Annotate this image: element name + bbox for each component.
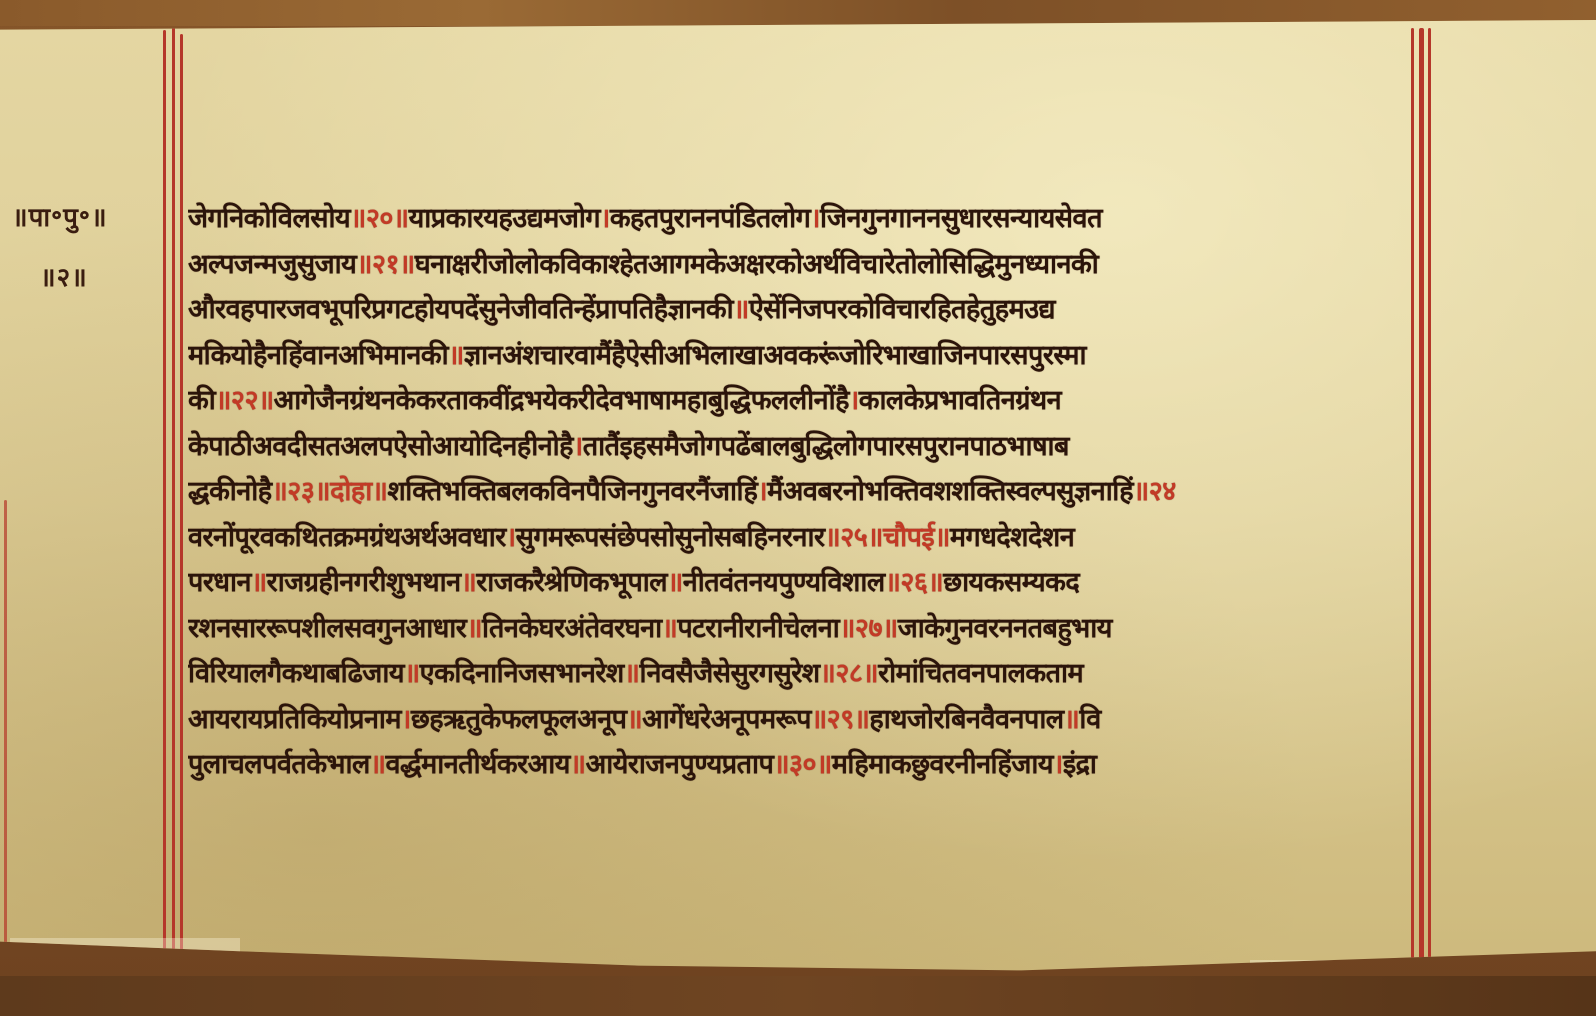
- text-segment: तिनकेघरअंतेवरघना: [482, 613, 662, 644]
- text-segment: केपाठीअवदीसतअलपऐसोआयोदिनहीनोहै: [188, 431, 573, 462]
- text-segment: जिनगुनगाननसुधारसन्यायसेवत: [820, 203, 1102, 234]
- left-edge-rule: [4, 500, 7, 960]
- rubric-segment: चौपई: [883, 522, 934, 553]
- wooden-surface-bottom: [0, 976, 1596, 1016]
- rubric-segment: ॥: [461, 567, 477, 598]
- manuscript-line: रशनसाररूपशीलसवगुनआधार॥तिनकेघरअंतेवरघना॥प…: [188, 606, 1413, 652]
- text-segment: कहतपुराननपंडितलोग: [610, 203, 810, 234]
- text-segment: आयरायप्रतिकियोप्रनाम: [188, 704, 401, 735]
- text-segment: अल्पजन्मजुसुजाय: [188, 249, 356, 280]
- text-segment: रशनसाररूपशीलसवगुनआधार: [188, 613, 466, 644]
- paper-fold-right: [1250, 960, 1596, 974]
- manuscript-line: अल्पजन्मजुसुजाय॥२१॥घनाक्षरीजोलोकविकाश्हे…: [188, 242, 1413, 288]
- manuscript-line: केपाठीअवदीसतअलपऐसोआयोदिनहीनोहै।तातैंइहसम…: [188, 424, 1413, 470]
- text-segment: रोमांचितवनपालकताम: [878, 658, 1083, 689]
- text-segment: निवसैजैसेसुरगसुरेश: [639, 658, 819, 689]
- manuscript-line: औरवहपारजवभूपरिप्रगटहोयपदेंसुनेजीवतिन्हें…: [188, 287, 1413, 333]
- text-segment: आयेराजनपुण्यप्रताप: [586, 749, 774, 780]
- manuscript-line: आयरायप्रतिकियोप्रनाम।छहऋतुकेफलफूलअनूप॥आग…: [188, 697, 1413, 743]
- rubric-segment: ॥: [733, 294, 749, 325]
- right-margin-rule-3: [1428, 28, 1431, 958]
- rubric-segment: ॥२१॥: [356, 249, 414, 280]
- text-segment: मगधदेशदेशन: [950, 522, 1074, 553]
- rubric-segment: ॥२४: [1133, 476, 1176, 507]
- text-segment: सुगमरूपसंछेपसोसुनोसबहिनरनार: [516, 522, 825, 553]
- text-segment: वि: [1079, 704, 1101, 735]
- rubric-segment: ॥: [570, 749, 586, 780]
- text-segment: राजकरैश्रेणिकभूपाल: [476, 567, 667, 598]
- manuscript-line: की॥२२॥आगेजैनग्रंथनकेकरताकवींद्रभयेकरीदेव…: [188, 378, 1413, 424]
- rubric-segment: दोहा: [330, 476, 372, 507]
- text-segment: तातैंइहसमैजोगपढेंबालबुद्धिलोगपारसपुरानपा…: [583, 431, 1069, 462]
- text-segment: औरवहपारजवभूपरिप्रगटहोयपदेंसुनेजीवतिन्हें…: [188, 294, 733, 325]
- rubric-segment: ।: [573, 431, 583, 462]
- rubric-segment: ॥: [662, 613, 678, 644]
- rubric-segment: ॥२५॥: [825, 522, 883, 553]
- right-margin-rule-2: [1419, 28, 1424, 963]
- rubric-segment: ॥२७॥: [839, 613, 897, 644]
- rubric-segment: ॥: [667, 567, 683, 598]
- text-segment: छहऋतुकेफलफूलअनूप: [411, 704, 627, 735]
- text-segment: हाथजोरबिनवैवनपाल: [869, 704, 1063, 735]
- rubric-segment: ।: [757, 476, 767, 507]
- rubric-segment: ॥: [251, 567, 267, 598]
- margin-title-text: ॥पा॰पु॰॥: [12, 203, 108, 233]
- text-segment: द्धकीनोहै: [188, 476, 272, 507]
- folio-number: ॥२॥: [40, 258, 88, 294]
- rubric-segment: ॥२३॥: [272, 476, 330, 507]
- text-segment: ऐसेंनिजपरकोविचारहितहेतुहमउद्य: [749, 294, 1055, 325]
- rubric-segment: ॥: [448, 340, 464, 371]
- text-segment: एकदिनानिजसभानरेश: [420, 658, 624, 689]
- text-segment: मैंअवबरनोभक्तिवशशक्तिस्वल्पसुज्ञनाहिं: [767, 476, 1133, 507]
- text-segment: याप्रकारयहउद्यमजोग: [409, 203, 600, 234]
- text-segment: विरियालगैकथाबढिजाय: [188, 658, 404, 689]
- rubric-segment: ।: [401, 704, 411, 735]
- manuscript-line: जेगनिकोविलसोय॥२०॥याप्रकारयहउद्यमजोग।कहतप…: [188, 196, 1413, 242]
- rubric-segment: ॥: [626, 704, 642, 735]
- left-margin-rule-2: [172, 24, 175, 964]
- rubric-segment: ॥२६॥: [885, 567, 943, 598]
- manuscript-text: जेगनिकोविलसोय॥२०॥याप्रकारयहउद्यमजोग।कहतप…: [188, 196, 1413, 788]
- text-segment: पुलाचलपर्वतकेभाल: [188, 749, 370, 780]
- text-segment: की: [188, 385, 215, 416]
- manuscript-line: द्धकीनोहै॥२३॥दोहा॥शक्तिभक्तिबलकविनपैजिनग…: [188, 469, 1413, 515]
- text-segment: छायकसम्यकद: [943, 567, 1079, 598]
- left-margin-rule-1: [163, 30, 166, 960]
- manuscript-line: विरियालगैकथाबढिजाय॥एकदिनानिजसभानरेश॥निवस…: [188, 651, 1413, 697]
- text-segment: वरनोंपूरवकथितक्रमग्रंथअर्थअवधार: [188, 522, 506, 553]
- text-segment: वर्द्धमानतीर्थकरआय: [386, 749, 570, 780]
- rubric-segment: ।: [810, 203, 820, 234]
- margin-title: ॥पा॰पु॰॥: [12, 198, 108, 234]
- rubric-segment: ।: [1053, 749, 1063, 780]
- rubric-segment: ॥२०॥: [350, 203, 408, 234]
- rubric-segment: ॥३०॥: [773, 749, 831, 780]
- left-margin-rule-3: [180, 34, 183, 964]
- rubric-segment: ॥: [1064, 704, 1080, 735]
- rubric-segment: ॥२९॥: [811, 704, 869, 735]
- rubric-segment: ॥: [934, 522, 950, 553]
- text-segment: आगेंधरेअनूपमरूप: [642, 704, 811, 735]
- text-segment: ज्ञानअंशचारवामैंहैऐसीअभिलाखाअवकरूंजोरिभा…: [464, 340, 1086, 371]
- rubric-segment: ॥: [404, 658, 420, 689]
- text-segment: कालकेप्रभावतिनग्रंथन: [859, 385, 1061, 416]
- text-segment: परधान: [188, 567, 251, 598]
- text-segment: इंद्रा: [1063, 749, 1097, 780]
- text-segment: मकियोहैनहिंवानअभिमानकी: [188, 340, 448, 371]
- rubric-segment: ॥: [466, 613, 482, 644]
- rubric-segment: ।: [849, 385, 859, 416]
- folio-number-text: ॥२॥: [40, 263, 88, 293]
- text-segment: जेगनिकोविलसोय: [188, 203, 350, 234]
- manuscript-line: परधान॥राजग्रहीनगरीशुभथान॥राजकरैश्रेणिकभू…: [188, 560, 1413, 606]
- manuscript-line: पुलाचलपर्वतकेभाल॥वर्द्धमानतीर्थकरआय॥आयेर…: [188, 742, 1413, 788]
- rubric-segment: ॥: [372, 476, 388, 507]
- text-segment: शक्तिभक्तिबलकविनपैजिनगुनवरनैंजाहिं: [387, 476, 757, 507]
- text-segment: घनाक्षरीजोलोकविकाश्हेतआगमकेअक्षरकोअर्थवि…: [415, 249, 1098, 280]
- paper-fold-left: [10, 938, 240, 958]
- text-segment: महिमाकछुवरनीनहिंजाय: [832, 749, 1053, 780]
- rubric-segment: ॥: [624, 658, 640, 689]
- manuscript-line: वरनोंपूरवकथितक्रमग्रंथअर्थअवधार।सुगमरूपस…: [188, 515, 1413, 561]
- rubric-segment: ।: [506, 522, 516, 553]
- text-segment: राजग्रहीनगरीशुभथान: [267, 567, 461, 598]
- text-segment: नीतवंतनयपुण्यविशाल: [683, 567, 885, 598]
- manuscript-line: मकियोहैनहिंवानअभिमानकी॥ज्ञानअंशचारवामैंह…: [188, 333, 1413, 379]
- rubric-segment: ।: [600, 203, 610, 234]
- rubric-segment: ॥२२॥: [215, 385, 273, 416]
- rubric-segment: ॥२८॥: [820, 658, 878, 689]
- text-segment: पटरानीरानीचेलना: [677, 613, 839, 644]
- rubric-segment: ॥: [370, 749, 386, 780]
- text-segment: आगेजैनग्रंथनकेकरताकवींद्रभयेकरीदेवभाषामह…: [274, 385, 849, 416]
- text-segment: जाकेगुनवरननतबहुभाय: [898, 613, 1112, 644]
